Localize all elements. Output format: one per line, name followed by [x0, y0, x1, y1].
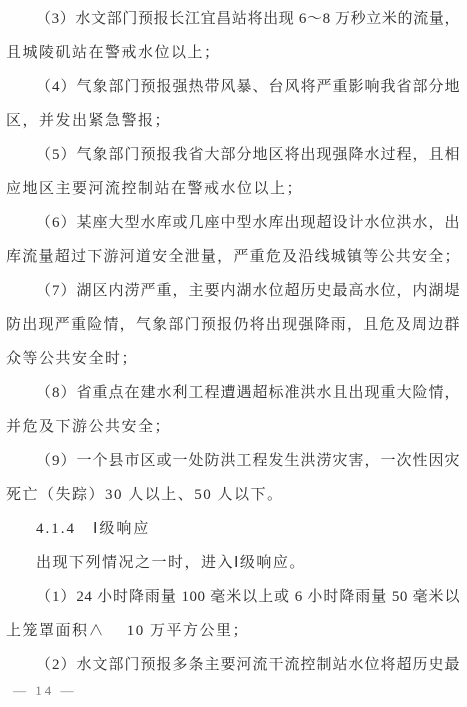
document-page: （3）水文部门预报长江宜昌站将出现 6～8 万秒立米的流量，且城陵矶站在警戒水位… — [0, 0, 467, 707]
text-line: 众等公共安全时； — [6, 342, 460, 376]
text-line: 4.1.4 Ⅰ级响应 — [6, 512, 460, 546]
text-line: （2）水文部门预报多条主要河流干流控制站水位将超历史最 — [6, 648, 460, 682]
text-line: 且城陵矶站在警戒水位以上； — [6, 36, 460, 70]
text-line: （9）一个县市区或一处防洪工程发生洪涝灾害，一次性因灾 — [6, 444, 460, 478]
text-line: 区，并发出紧急警报； — [6, 104, 460, 138]
text-line: 死亡（失踪）30 人以上、50 人以下。 — [6, 478, 460, 512]
text-line: 上笼罩面积∧ 10 万平方公里； — [6, 614, 460, 648]
text-line: 库流量超过下游河道安全泄量，严重危及沿线城镇等公共安全； — [6, 240, 460, 274]
text-line: 防出现严重险情，气象部门预报仍将出现强降雨，且危及周边群 — [6, 308, 460, 342]
page-number: — 14 — — [13, 684, 77, 698]
text-line: （3）水文部门预报长江宜昌站将出现 6～8 万秒立米的流量， — [6, 2, 460, 36]
text-line: （7）湖区内涝严重，主要内湖水位超历史最高水位，内湖堤 — [6, 274, 460, 308]
text-line: 出现下列情况之一时，进入Ⅰ级响应。 — [6, 546, 460, 580]
text-line: （5）气象部门预报我省大部分地区将出现强降水过程，且相 — [6, 138, 460, 172]
text-line: （1）24 小时降雨量 100 毫米以上或 6 小时降雨量 50 毫米以 — [6, 580, 460, 614]
text-line: 应地区主要河流控制站在警戒水位以上； — [6, 172, 460, 206]
text-line: （6）某座大型水库或几座中型水库出现超设计水位洪水，出 — [6, 206, 460, 240]
document-body: （3）水文部门预报长江宜昌站将出现 6～8 万秒立米的流量，且城陵矶站在警戒水位… — [6, 2, 460, 682]
text-line: （4）气象部门预报强热带风暴、台风将严重影响我省部分地 — [6, 70, 460, 104]
text-line: 并危及下游公共安全； — [6, 410, 460, 444]
text-line: （8）省重点在建水利工程遭遇超标准洪水且出现重大险情， — [6, 376, 460, 410]
